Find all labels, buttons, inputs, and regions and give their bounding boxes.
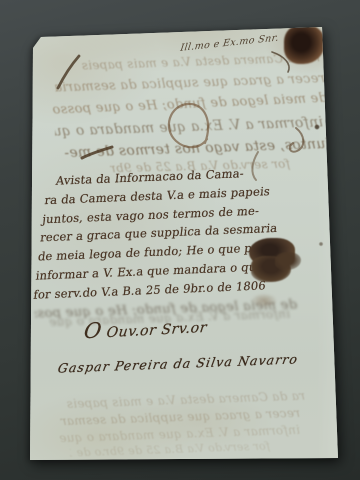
ink-blot-small [252, 294, 276, 307]
manuscript-paper: ra da Camera desta V.a e mais papeis rec… [0, 0, 360, 480]
letter-body: Avista da Informacao da Cama- ra da Came… [32, 162, 299, 304]
ghost-line: ra da Camera desta V.a e mais papeis [50, 50, 320, 73]
closing-salutation: O Ouv.or Srv.or [83, 313, 209, 344]
signature: Gaspar Pereira da Silva Navarro [57, 351, 300, 375]
ghost-line: informar a V. Ex.a que mandara o que [55, 114, 323, 139]
ghost-line: de meia legoa de fundo; He o que posso [42, 91, 327, 118]
photo-background: ra da Camera desta V.a e mais papeis rec… [0, 0, 360, 480]
paper-surface: ra da Camera desta V.a e mais papeis rec… [0, 0, 360, 480]
ink-blot [249, 238, 295, 268]
